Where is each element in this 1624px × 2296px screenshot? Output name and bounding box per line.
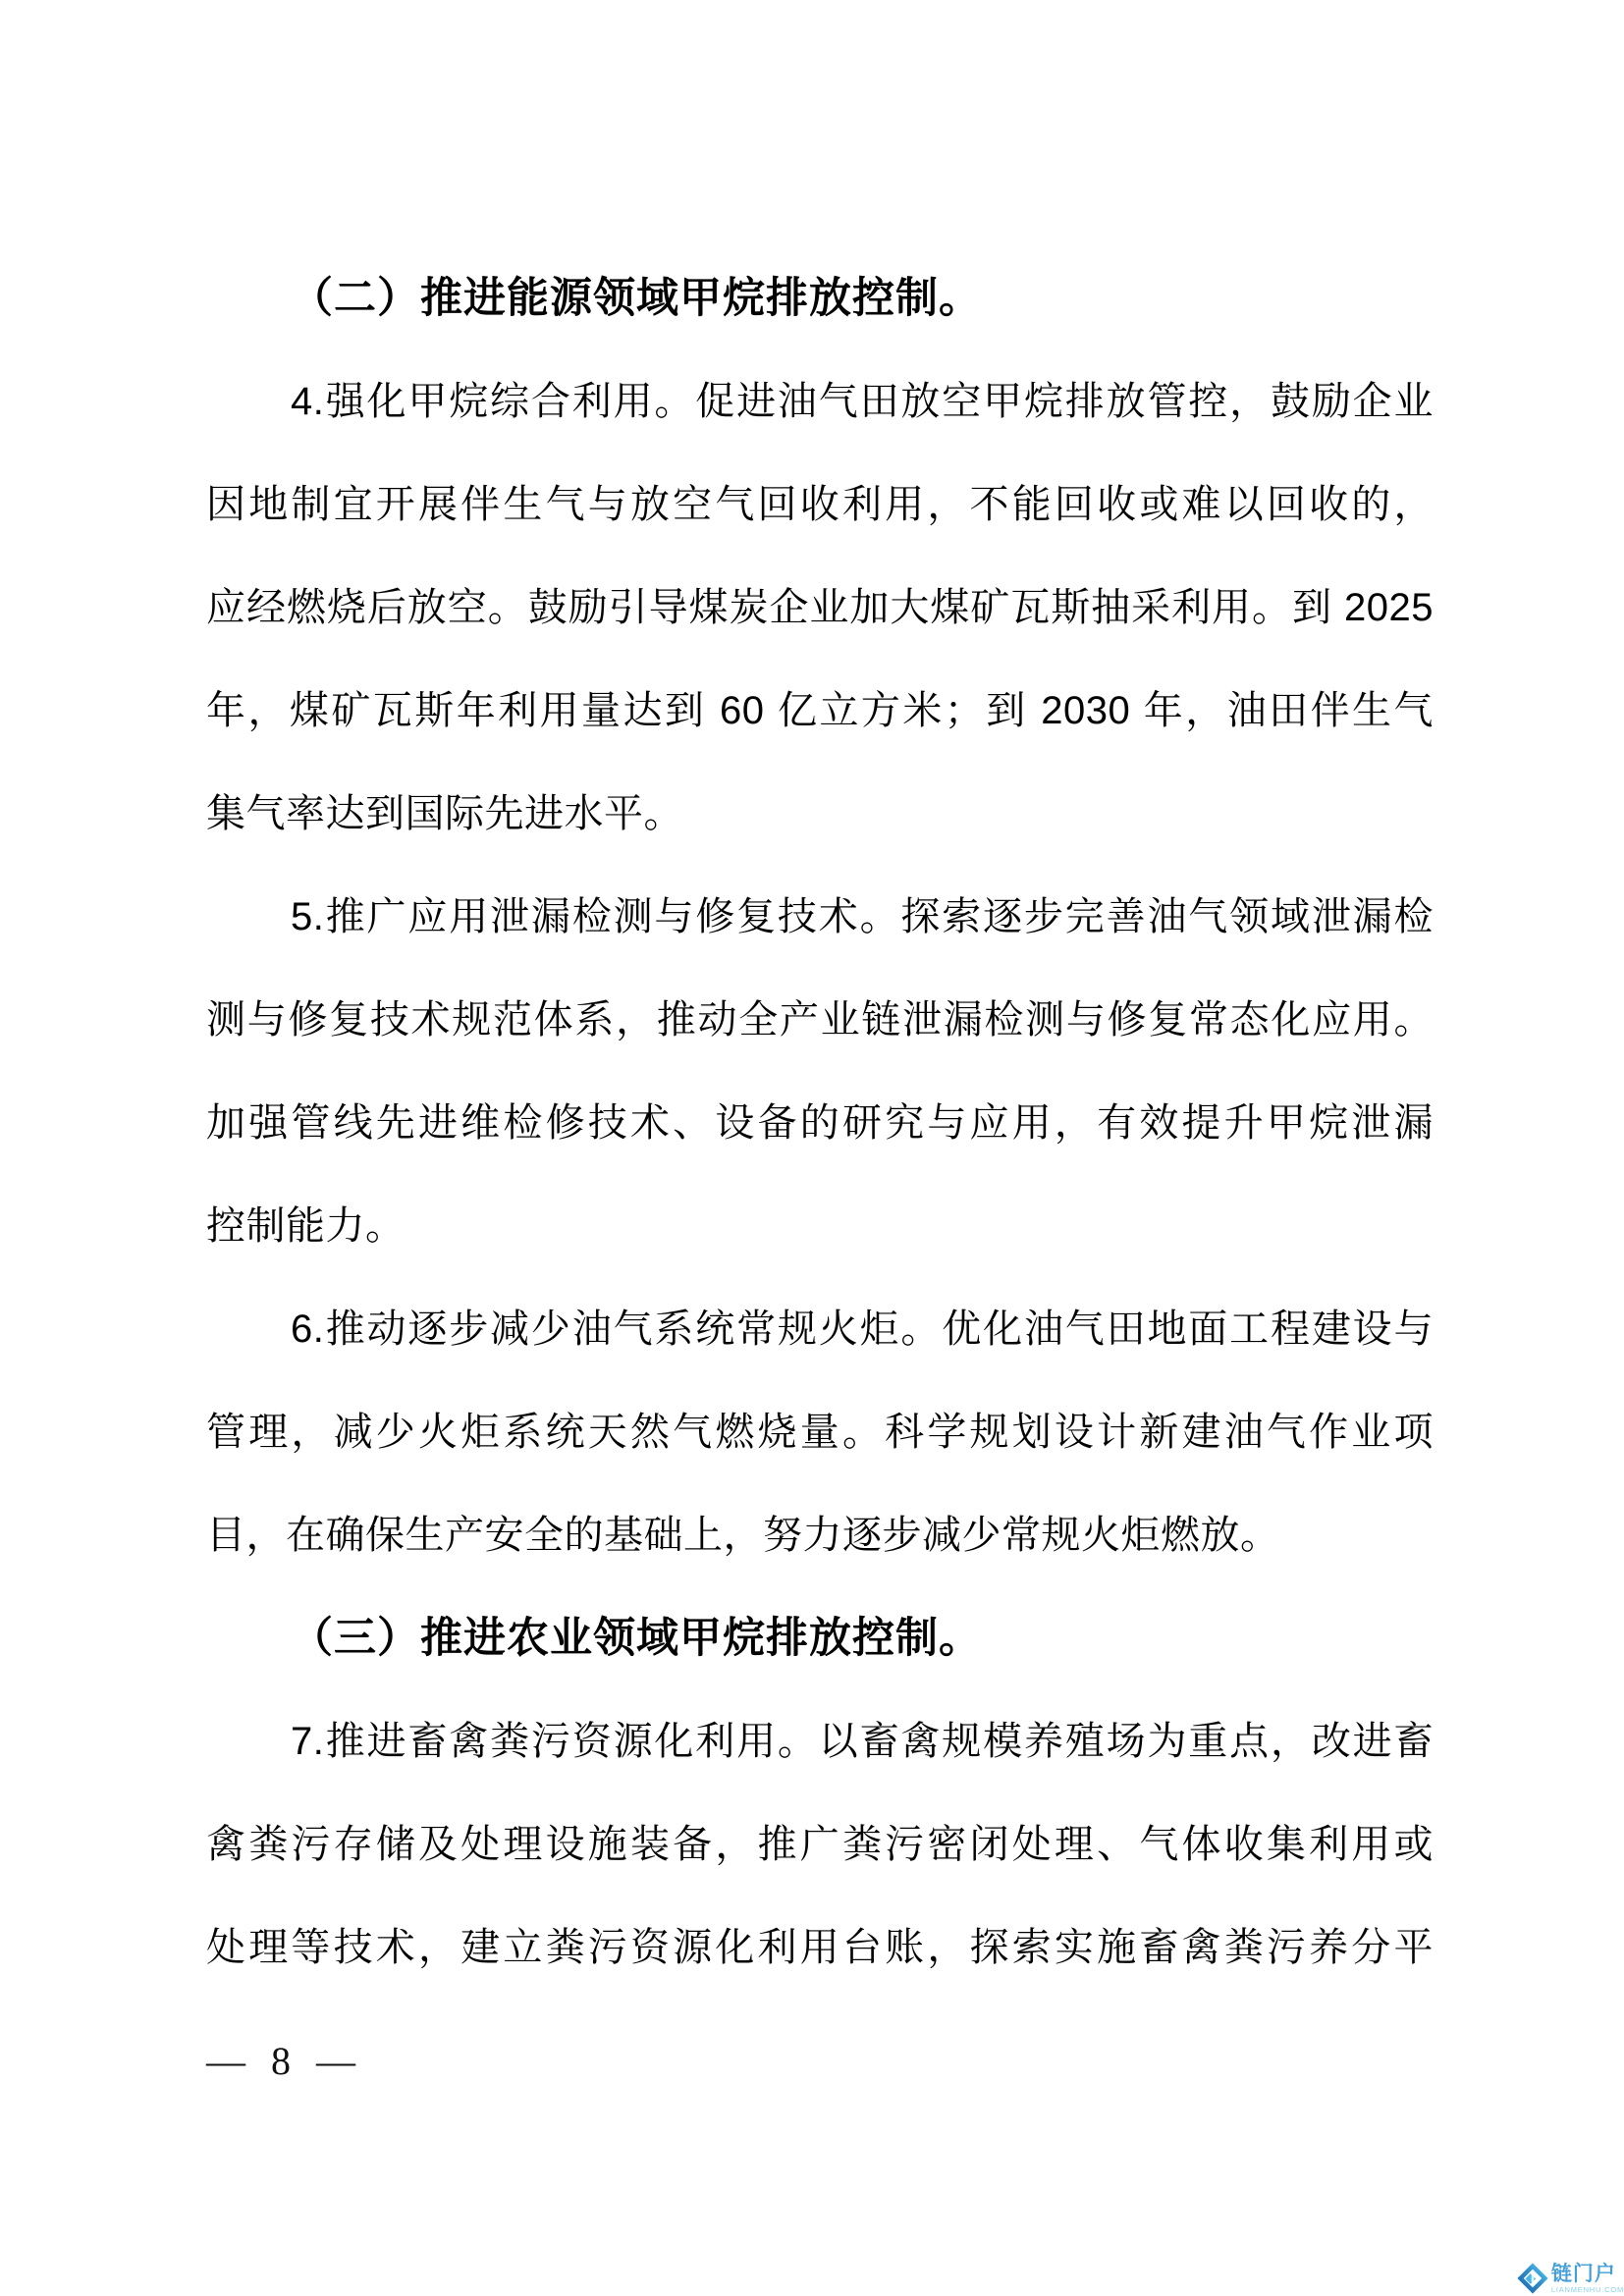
paragraph-line: 加强管线先进维检修技术、设备的研究与应用，有效提升甲烷泄漏 bbox=[206, 1072, 1434, 1175]
paragraph-line: 应经燃烧后放空。鼓励引导煤炭企业加大煤矿瓦斯抽采利用。到 2025 bbox=[206, 557, 1434, 660]
paragraph-line: 因地制宜开展伴生气与放空气回收利用，不能回收或难以回收的， bbox=[206, 454, 1434, 557]
paragraph-line: 目，在确保生产安全的基础上，努力逐步减少常规火炬燃放。 bbox=[206, 1484, 1434, 1587]
paragraph-line: 禽粪污存储及处理设施装备，推广粪污密闭处理、气体收集利用或 bbox=[206, 1793, 1434, 1896]
lianmenhu-watermark: 链门户 LIANMENHU.COM bbox=[1517, 2263, 1624, 2294]
paragraph-line: 控制能力。 bbox=[206, 1175, 1434, 1278]
page-number: — 8 — bbox=[206, 2032, 355, 2091]
paragraph-line: 集气率达到国际先进水平。 bbox=[206, 763, 1434, 866]
document-page: （二）推进能源领域甲烷排放控制。4.强化甲烷综合利用。促进油气田放空甲烷排放管控… bbox=[0, 0, 1624, 2296]
paragraph-line: 4.强化甲烷综合利用。促进油气田放空甲烷排放管控，鼓励企业 bbox=[206, 350, 1434, 454]
paragraph-line: 7.推进畜禽粪污资源化利用。以畜禽规模养殖场为重点，改进畜 bbox=[206, 1690, 1434, 1793]
diamond-logo-icon bbox=[1517, 2263, 1548, 2294]
paragraph-line: 处理等技术，建立粪污资源化利用台账，探索实施畜禽粪污养分平 bbox=[206, 1896, 1434, 2000]
paragraph-line: 测与修复技术规范体系，推动全产业链泄漏检测与修复常态化应用。 bbox=[206, 969, 1434, 1072]
paragraph-line: 管理，减少火炬系统天然气燃烧量。科学规划设计新建油气作业项 bbox=[206, 1381, 1434, 1484]
watermark-text: 链门户 LIANMENHU.COM bbox=[1551, 2264, 1624, 2294]
paragraph-line: 6.推动逐步减少油气系统常规火炬。优化油气田地面工程建设与 bbox=[206, 1278, 1434, 1381]
section-heading: （二）推进能源领域甲烷排放控制。 bbox=[206, 247, 1434, 350]
watermark-title: 链门户 bbox=[1551, 2264, 1624, 2284]
paragraph-line: 年，煤矿瓦斯年利用量达到 60 亿立方米；到 2030 年，油田伴生气 bbox=[206, 660, 1434, 763]
paragraph-line: 5.推广应用泄漏检测与修复技术。探索逐步完善油气领域泄漏检 bbox=[206, 866, 1434, 969]
watermark-domain: LIANMENHU.COM bbox=[1551, 2286, 1624, 2294]
document-body: （二）推进能源领域甲烷排放控制。4.强化甲烷综合利用。促进油气田放空甲烷排放管控… bbox=[206, 247, 1434, 2000]
section-heading: （三）推进农业领域甲烷排放控制。 bbox=[206, 1587, 1434, 1690]
